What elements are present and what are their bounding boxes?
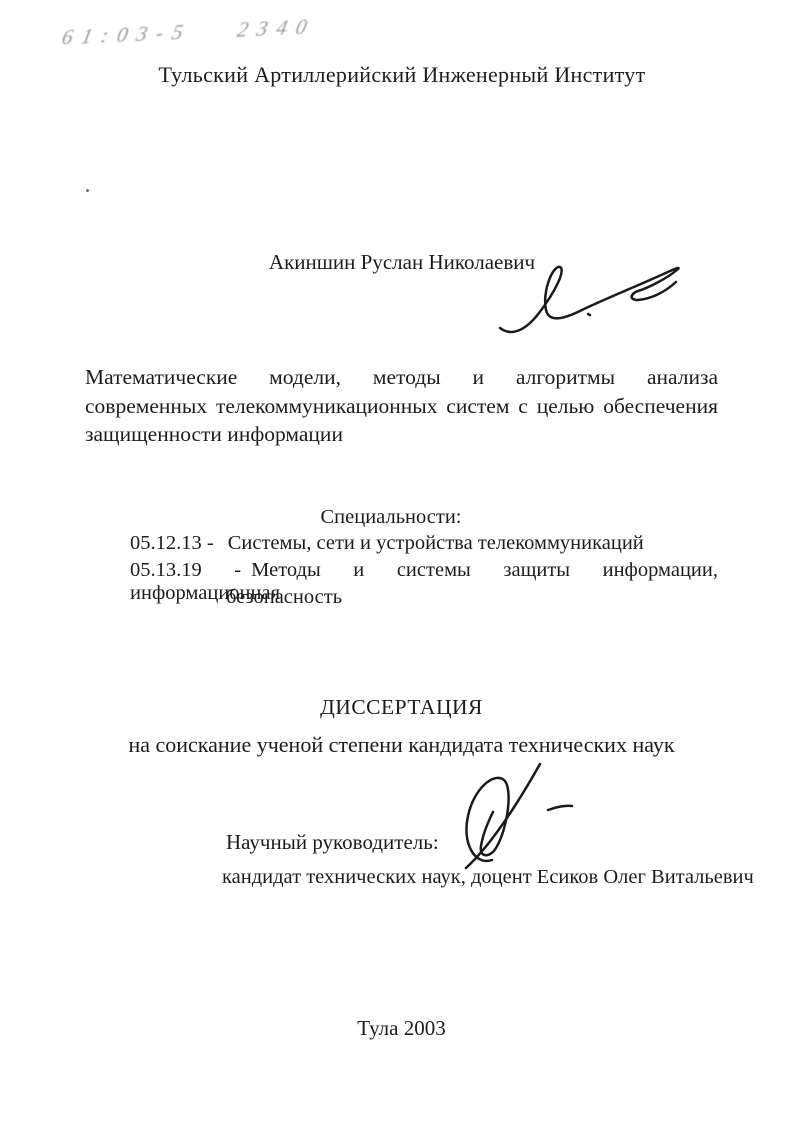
- institute-name: Тульский Артиллерийский Инженерный Инсти…: [80, 62, 724, 88]
- author-signature-icon: [492, 258, 688, 342]
- specialty-2-text-line2: безопасность: [226, 586, 342, 609]
- title-line-1: Математические модели, методы и алгоритм…: [85, 363, 718, 392]
- specialty-item-2: 05.13.19 -Методы и системы защиты информ…: [130, 559, 718, 605]
- catalog-stamp-part1: 61:03-5: [60, 20, 195, 51]
- specialty-item-1: 05.12.13 -Системы, сети и устройства тел…: [130, 532, 644, 555]
- supervisor-name: кандидат технических наук, доцент Есиков…: [222, 866, 754, 889]
- dissertation-title: Математические модели, методы и алгоритм…: [85, 363, 718, 449]
- catalog-stamp-part2: 2340: [235, 14, 318, 43]
- title-line-2: современных телекоммуникационных систем …: [85, 392, 718, 421]
- handwritten-catalog-stamp: 61:03-5 2340: [60, 6, 495, 50]
- city-year: Тула 2003: [85, 1016, 718, 1041]
- specialty-2-code: 05.13.19 -: [130, 559, 241, 581]
- dissertation-subtitle: на соискание ученой степени кандидата те…: [85, 732, 718, 758]
- supervisor-signature-icon: [448, 758, 580, 874]
- dissertation-title-page: 61:03-5 2340 Тульский Артиллерийский Инж…: [0, 0, 794, 1122]
- supervisor-label: Научный руководитель:: [226, 830, 439, 855]
- specialty-1-code: 05.12.13 -: [130, 532, 214, 554]
- dissertation-heading: ДИССЕРТАЦИЯ: [85, 695, 718, 720]
- scan-speck: [86, 189, 89, 192]
- specialties-label: Специальности:: [85, 506, 697, 529]
- specialty-1-text: Системы, сети и устройства телекоммуника…: [228, 532, 644, 554]
- title-line-3: защищенности информации: [85, 420, 718, 449]
